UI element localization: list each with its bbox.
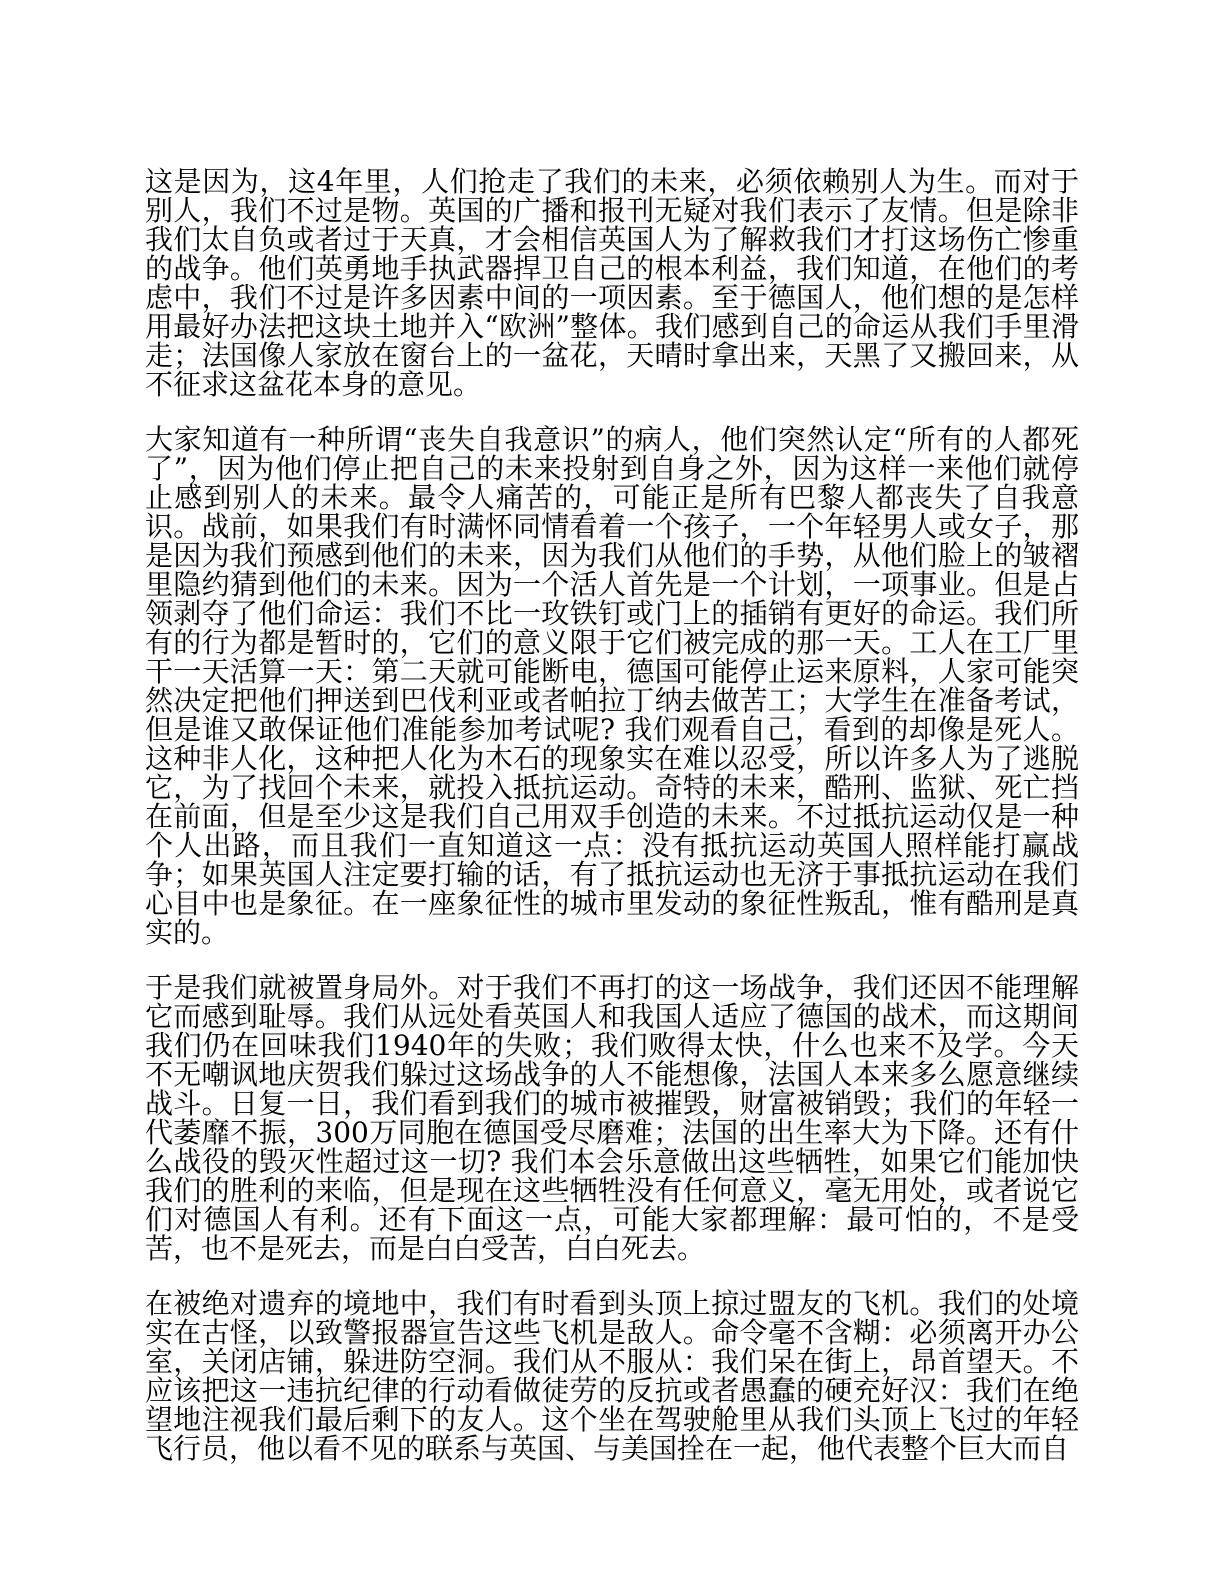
- paragraph-3: 于是我们就被置身局外。对于我们不再打的这一场战争，我们还因不能理解它而感到耻辱。…: [145, 973, 1079, 1263]
- paragraph-2: 大家知道有一种所谓“丧失自我意识”的病人，他们突然认定“所有的人都死了”，因为他…: [145, 425, 1079, 947]
- paragraph-1: 这是因为，这4年里，人们抢走了我们的未来，必须依赖别人为生。而对于别人，我们不过…: [145, 167, 1079, 399]
- paragraph-4: 在被绝对遗弃的境地中，我们有时看到头顶上掠过盟友的飞机。我们的处境实在古怪，以致…: [145, 1289, 1079, 1463]
- document-page: 这是因为，这4年里，人们抢走了我们的未来，必须依赖别人为生。而对于别人，我们不过…: [0, 0, 1224, 1584]
